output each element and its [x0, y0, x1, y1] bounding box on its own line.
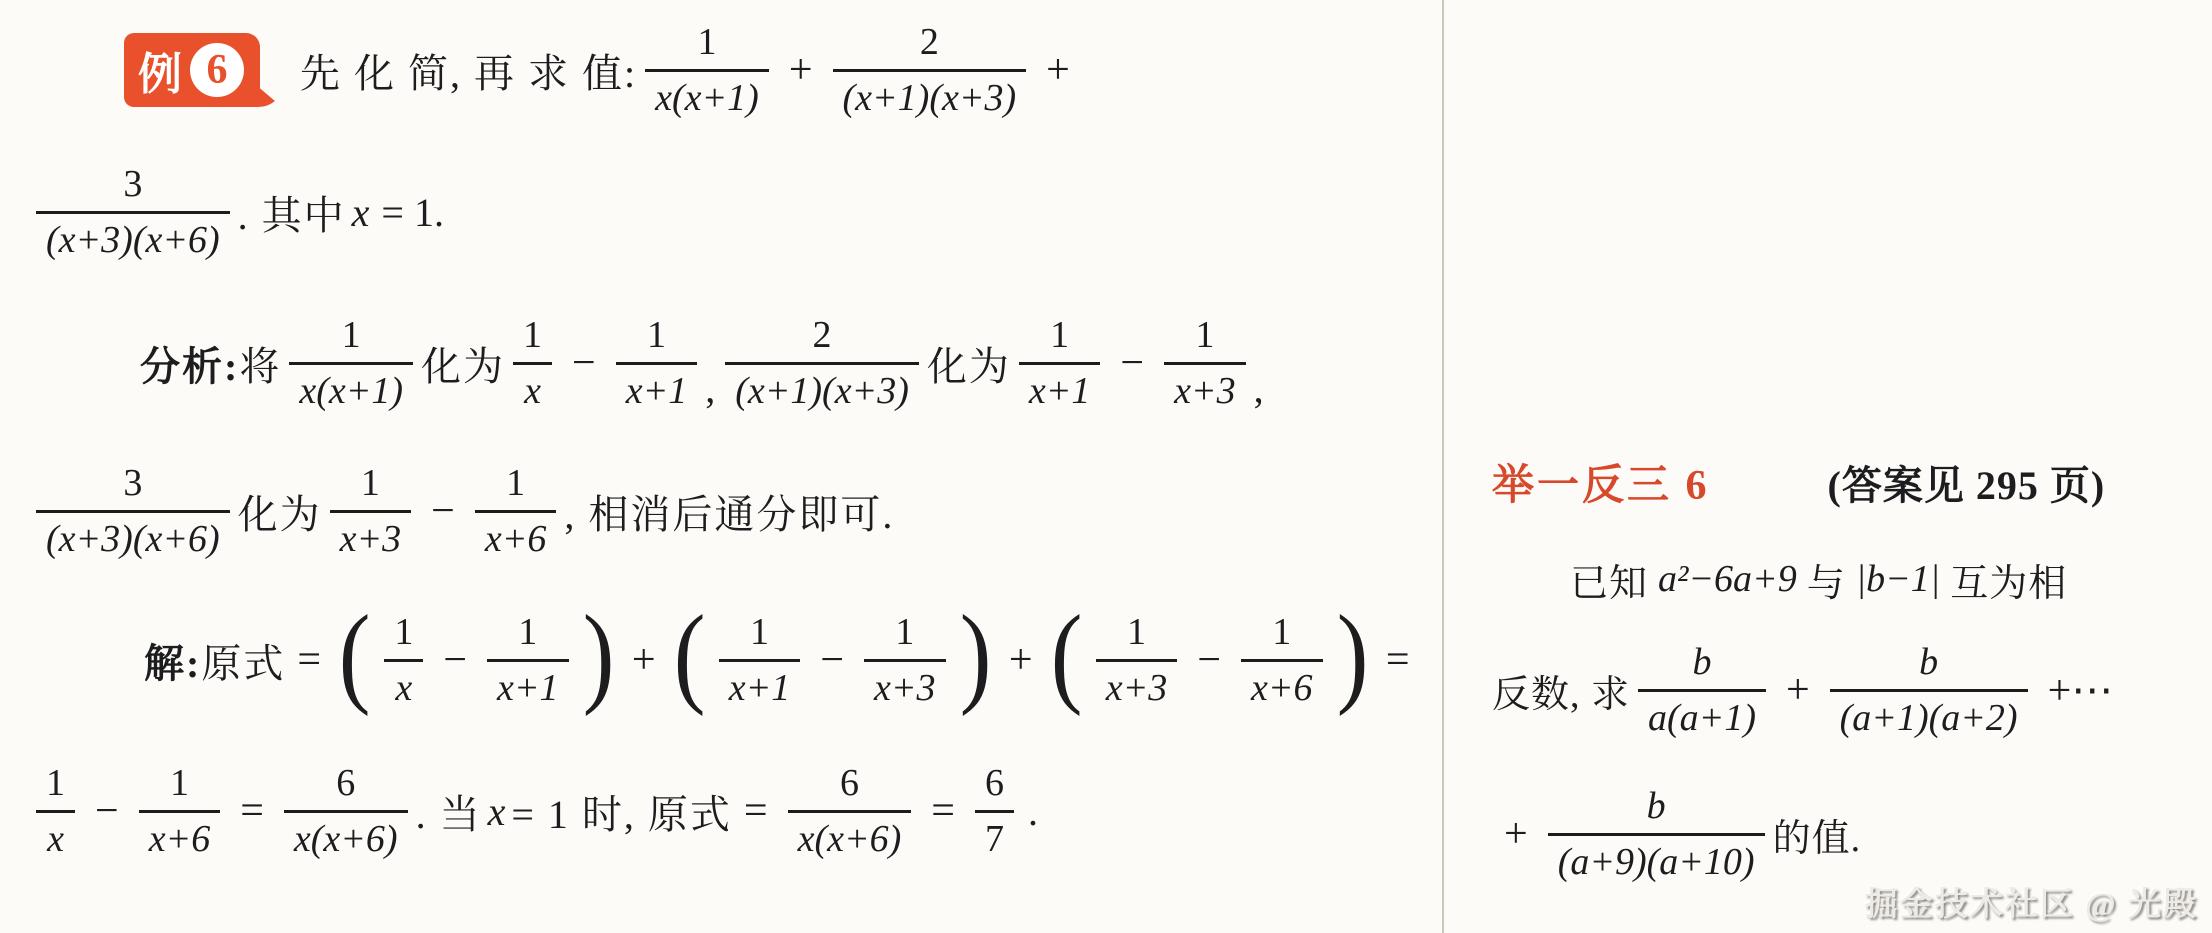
- analysis-text: 化为: [927, 335, 1011, 392]
- period: .: [1028, 788, 1038, 835]
- fraction: 1 x+3: [1096, 611, 1178, 709]
- fraction: 2 (x+1)(x+3): [833, 21, 1027, 119]
- badge-number-circle: 6: [190, 43, 244, 97]
- numerator: 3: [36, 163, 230, 211]
- statement-line-1: 例 6 先 化 简, 再 求 值: 1 x(x+1) + 2 (x+1)(x+3…: [28, 4, 1442, 136]
- analysis-label: 分析:: [140, 335, 239, 392]
- practice-heading: 举一反三 6: [1492, 452, 1710, 512]
- textbook-page: 例 6 先 化 简, 再 求 值: 1 x(x+1) + 2 (x+1)(x+3…: [0, 0, 2212, 933]
- denominator: x: [384, 659, 423, 710]
- example-column: 例 6 先 化 简, 再 求 值: 1 x(x+1) + 2 (x+1)(x+3…: [0, 0, 1442, 933]
- minus-operator: −: [820, 636, 844, 684]
- fraction: 1 x+3: [864, 611, 946, 709]
- example-badge: 例 6: [124, 33, 260, 107]
- badge-number: 6: [207, 46, 228, 94]
- analysis-line-2: 3 (x+3)(x+6) 化为 1 x+3 − 1 x+6 , 相消后通分即可.: [28, 438, 1442, 584]
- numerator: 1: [1164, 314, 1246, 362]
- paren-open: (: [673, 599, 705, 711]
- watermark: 掘金技术社区 @ 光殿: [1865, 878, 2198, 925]
- comma: ,: [1254, 365, 1264, 438]
- condition-value: = 1.: [381, 189, 444, 236]
- fraction: 1 x+1: [487, 611, 569, 709]
- equals-operator: =: [297, 636, 321, 684]
- fraction: 1 x: [513, 314, 552, 412]
- analysis-text: 将: [239, 335, 281, 392]
- numerator: 1: [1096, 611, 1178, 659]
- fraction: 1 x+1: [1019, 314, 1101, 412]
- numerator: 1: [475, 462, 557, 510]
- paren-close: ): [582, 599, 614, 711]
- math-expression: |b−1|: [1856, 557, 1941, 601]
- numerator: 1: [36, 762, 75, 810]
- fraction: 1 x+3: [330, 462, 412, 560]
- denominator: x+1: [719, 659, 801, 710]
- plus-operator: +: [1504, 810, 1528, 858]
- statement-line-2: 3 (x+3)(x+6) . 其中 x = 1.: [28, 136, 1442, 288]
- denominator: x+1: [1019, 362, 1101, 413]
- denominator: (x+3)(x+6): [36, 510, 230, 561]
- minus-operator: −: [431, 487, 455, 535]
- denominator: x+3: [1164, 362, 1246, 413]
- numerator: 1: [645, 21, 769, 69]
- denominator: a(a+1): [1638, 689, 1766, 740]
- denominator: x: [36, 810, 75, 861]
- statement-intro: 先 化 简, 再 求 值:: [300, 42, 637, 99]
- solution-lead: 原式: [201, 632, 285, 689]
- minus-operator: −: [1120, 339, 1144, 387]
- fraction: 1 x+6: [139, 762, 221, 860]
- numerator: 1: [384, 611, 423, 659]
- numerator: 1: [1241, 611, 1323, 659]
- denominator: (x+1)(x+3): [833, 69, 1027, 120]
- fraction: 2 (x+1)(x+3): [725, 314, 919, 412]
- fraction: 3 (x+3)(x+6): [36, 462, 230, 560]
- denominator: x+6: [1241, 659, 1323, 710]
- denominator: x+1: [616, 362, 698, 413]
- denominator: x(x+6): [788, 810, 912, 861]
- fraction: 1 x+6: [1241, 611, 1323, 709]
- analysis-conclusion: , 相消后通分即可.: [564, 483, 894, 540]
- denominator: x+3: [864, 659, 946, 710]
- answer-page-reference: (答案见 295 页): [1828, 454, 2106, 511]
- numerator: b: [1830, 641, 2028, 689]
- denominator: x(x+1): [289, 362, 413, 413]
- find-text: 反数, 求: [1492, 663, 1630, 718]
- when-text: . 当: [416, 783, 482, 840]
- denominator: x+3: [1096, 659, 1178, 710]
- denominator: (a+9)(a+10): [1548, 833, 1765, 884]
- denominator: x+3: [330, 510, 412, 561]
- numerator: 2: [833, 21, 1027, 69]
- given-text: 已知: [1570, 552, 1648, 607]
- numerator: b: [1548, 785, 1765, 833]
- analysis-text: 化为: [238, 483, 322, 540]
- math-expression: a²−6a+9: [1658, 557, 1797, 601]
- denominator: x(x+1): [645, 69, 769, 120]
- numerator: 1: [1019, 314, 1101, 362]
- find-value-text: 的值.: [1773, 807, 1862, 862]
- plus-operator: +: [632, 636, 656, 684]
- denominator: x+1: [487, 659, 569, 710]
- numerator: 1: [513, 314, 552, 362]
- plus-operator: +: [1046, 46, 1070, 94]
- numerator: 6: [975, 762, 1014, 810]
- solution-line-1: 解: 原式 = ( 1 x − 1 x+1 ) + ( 1 x+1 − 1: [28, 584, 1442, 736]
- minus-operator: −: [443, 636, 467, 684]
- equals-operator: =: [744, 787, 768, 835]
- denominator: x+6: [139, 810, 221, 861]
- fraction: 1 x+1: [719, 611, 801, 709]
- fraction: 1 x+3: [1164, 314, 1246, 412]
- numerator: 2: [725, 314, 919, 362]
- comma: ,: [705, 365, 715, 438]
- analysis-text: 化为: [421, 335, 505, 392]
- fraction: 1 x: [36, 762, 75, 860]
- denominator: x: [513, 362, 552, 413]
- equals-operator: =: [931, 787, 955, 835]
- denominator: x+6: [475, 510, 557, 561]
- denominator: x(x+6): [284, 810, 408, 861]
- when-text: = 1 时, 原式: [511, 783, 732, 840]
- solution-label: 解:: [144, 632, 201, 689]
- denominator: (a+1)(a+2): [1830, 689, 2028, 740]
- denominator: (x+1)(x+3): [725, 362, 919, 413]
- plus-operator: +: [1786, 666, 1810, 714]
- numerator: 1: [289, 314, 413, 362]
- condition-text: . 其中: [238, 184, 346, 241]
- numerator: b: [1638, 641, 1766, 689]
- denominator: 7: [975, 810, 1014, 861]
- paren-open: (: [1050, 599, 1082, 711]
- numerator: 6: [284, 762, 408, 810]
- variable-x: x: [488, 788, 506, 835]
- numerator: 1: [139, 762, 221, 810]
- fraction: 1 x: [384, 611, 423, 709]
- practice-heading-row: 举一反三 6 (答案见 295 页): [1492, 452, 2168, 512]
- given-text: 与: [1807, 552, 1846, 607]
- numerator: 1: [864, 611, 946, 659]
- practice-expression-line-1: 反数, 求 b a(a+1) + b (a+1)(a+2) +⋯: [1492, 632, 2168, 748]
- paren-close: ): [1336, 599, 1368, 711]
- fraction: 6 7: [975, 762, 1014, 860]
- practice-column: 举一反三 6 (答案见 295 页) 已知 a²−6a+9 与 |b−1| 互为…: [1444, 0, 2212, 933]
- plus-ellipsis-operator: +⋯: [2048, 665, 2114, 715]
- fraction: 1 x+6: [475, 462, 557, 560]
- given-text: 互为相: [1950, 552, 2067, 607]
- variable-x: x: [352, 189, 370, 236]
- fraction: b a(a+1): [1638, 641, 1766, 739]
- fraction: b (a+9)(a+10): [1548, 785, 1765, 883]
- fraction: 1 x(x+1): [289, 314, 413, 412]
- fraction: b (a+1)(a+2): [1830, 641, 2028, 739]
- badge-prefix: 例: [138, 38, 182, 102]
- analysis-line-1: 分析: 将 1 x(x+1) 化为 1 x − 1 x+1 , 2 (x+1)(…: [28, 288, 1442, 438]
- numerator: 1: [719, 611, 801, 659]
- practice-given-line: 已知 a²−6a+9 与 |b−1| 互为相: [1492, 552, 2168, 606]
- fraction: 6 x(x+6): [284, 762, 408, 860]
- paren-close: ): [959, 599, 991, 711]
- equals-operator: =: [240, 787, 264, 835]
- numerator: 1: [616, 314, 698, 362]
- fraction: 1 x(x+1): [645, 21, 769, 119]
- minus-operator: −: [1197, 636, 1221, 684]
- solution-line-2: 1 x − 1 x+6 = 6 x(x+6) . 当 x = 1 时, 原式 =…: [28, 736, 1442, 886]
- fraction: 3 (x+3)(x+6): [36, 163, 230, 261]
- numerator: 6: [788, 762, 912, 810]
- numerator: 3: [36, 462, 230, 510]
- equals-operator: =: [1386, 636, 1410, 684]
- fraction: 6 x(x+6): [788, 762, 912, 860]
- paren-open: (: [339, 599, 371, 711]
- minus-operator: −: [572, 339, 596, 387]
- numerator: 1: [487, 611, 569, 659]
- plus-operator: +: [1009, 636, 1033, 684]
- denominator: (x+3)(x+6): [36, 211, 230, 262]
- plus-operator: +: [789, 46, 813, 94]
- fraction: 1 x+1: [616, 314, 698, 412]
- minus-operator: −: [95, 787, 119, 835]
- numerator: 1: [330, 462, 412, 510]
